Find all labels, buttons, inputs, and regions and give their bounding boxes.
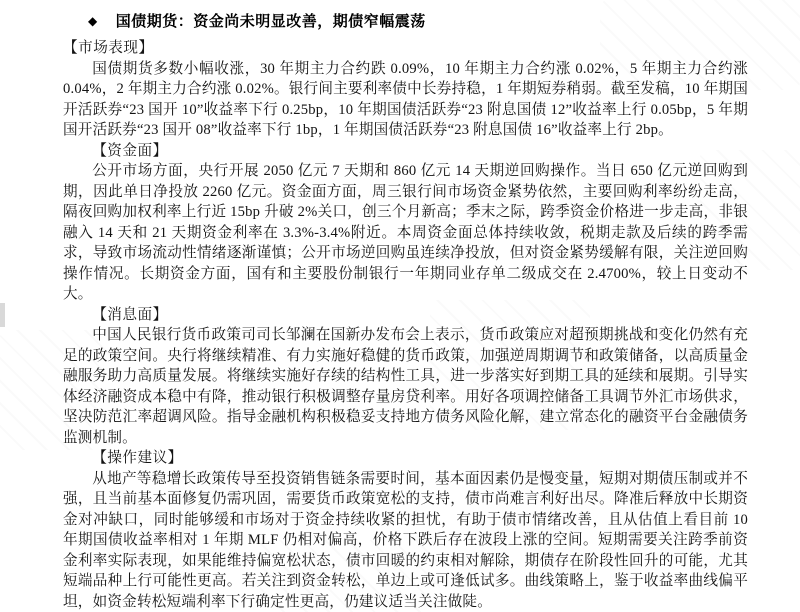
section-funding: 【资金面】 公开市场方面，央行开展 2050 亿元 7 天期和 860 亿元 1… xyxy=(63,141,748,305)
section-body: 国债期货多数小幅收涨，30 年期主力合约跌 0.09%，10 年期主力合约涨 0… xyxy=(63,59,748,141)
report-title-text: 国债期货：资金尚未明显改善，期债窄幅震荡 xyxy=(116,14,426,30)
section-heading: 【消息面】 xyxy=(63,305,748,326)
section-market-performance: 【市场表现】 国债期货多数小幅收涨，30 年期主力合约跌 0.09%，10 年期… xyxy=(63,38,748,141)
section-heading: 【市场表现】 xyxy=(63,38,748,59)
report-document: { "title": { "bullet": "◆", "text": "国债期… xyxy=(0,0,800,612)
section-advice: 【操作建议】 从地产等稳增长政策传导至投资销售链条需要时间，基本面因素仍是慢变量… xyxy=(63,448,748,612)
section-heading: 【资金面】 xyxy=(63,141,748,162)
section-body: 中国人民银行货币政策司司长邹澜在国新办发布会上表示，货币政策应对超预期挑战和变化… xyxy=(63,325,748,448)
section-heading: 【操作建议】 xyxy=(63,448,748,469)
section-body: 公开市场方面，央行开展 2050 亿元 7 天期和 860 亿元 14 天期逆回… xyxy=(63,161,748,305)
diamond-bullet-icon: ◆ xyxy=(88,14,98,28)
left-edge-artifact xyxy=(0,303,5,327)
section-body: 从地产等稳增长政策传导至投资销售链条需要时间，基本面因素仍是慢变量，短期对期债压… xyxy=(63,469,748,612)
report-page: ◆国债期货：资金尚未明显改善，期债窄幅震荡 【市场表现】 国债期货多数小幅收涨，… xyxy=(0,0,800,612)
report-title: ◆国债期货：资金尚未明显改善，期债窄幅震荡 xyxy=(63,12,748,32)
section-news: 【消息面】 中国人民银行货币政策司司长邹澜在国新办发布会上表示，货币政策应对超预… xyxy=(63,305,748,449)
